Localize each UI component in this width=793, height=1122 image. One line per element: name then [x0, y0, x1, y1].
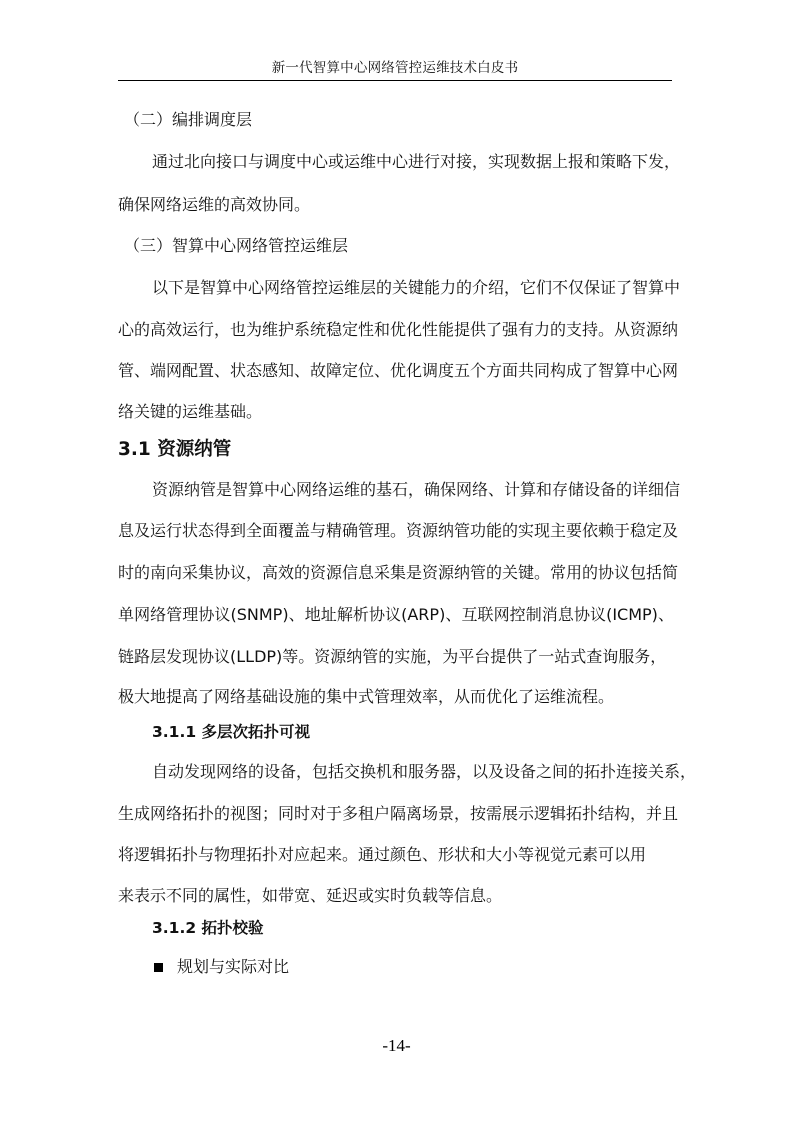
paragraph-line: 心的高效运行，也为维护系统稳定性和优化性能提供了强有力的支持。从资源纳: [118, 320, 674, 340]
black-square-bullet-icon: [154, 963, 163, 972]
running-header-title: 新一代智算中心网络管控运维技术白皮书: [118, 56, 672, 76]
page-header: 新一代智算中心网络管控运维技术白皮书: [118, 52, 672, 81]
paragraph-line: 以下是智算中心网络管控运维层的关键能力的介绍，它们不仅保证了智算中: [152, 278, 674, 298]
paragraph-line: 确保网络运维的高效协同。: [118, 195, 310, 215]
paragraph-line: 息及运行状态得到全面覆盖与精确管理。资源纳管功能的实现主要依赖于稳定及: [118, 521, 674, 541]
paragraph-line: 极大地提高了网络基础设施的集中式管理效率，从而优化了运维流程。: [118, 687, 614, 707]
paragraph-line: 管、端网配置、状态感知、故障定位、优化调度五个方面共同构成了智算中心网: [118, 361, 674, 381]
page-number: -14-: [0, 1036, 793, 1056]
bullet-item: 规划与实际对比: [154, 957, 289, 977]
section-heading-3-1-2: 3.1.2 拓扑校验: [152, 918, 264, 938]
paragraph-line: 资源纳管是智算中心网络运维的基石，确保网络、计算和存储设备的详细信: [152, 480, 674, 500]
paragraph-line: 来表示不同的属性，如带宽、延迟或实时负载等信息。: [118, 886, 502, 906]
paragraph-line: 单网络管理协议(SNMP)、地址解析协议(ARP)、互联网控制消息协议(ICMP…: [118, 605, 674, 625]
subsection-heading-orchestration: （二）编排调度层: [124, 110, 252, 130]
paragraph-line: 通过北向接口与调度中心或运维中心进行对接，实现数据上报和策略下发，: [152, 152, 674, 172]
subsection-heading-ops-layer: （三）智算中心网络管控运维层: [124, 236, 348, 256]
paragraph-line: 将逻辑拓扑与物理拓扑对应起来。通过颜色、形状和大小等视觉元素可以用: [118, 845, 646, 865]
paragraph-line: 链路层发现协议(LLDP)等。资源纳管的实施，为平台提供了一站式查询服务，: [118, 647, 666, 667]
paragraph-line: 时的南向采集协议，高效的资源信息采集是资源纳管的关键。常用的协议包括简: [118, 563, 674, 583]
paragraph-line: 生成网络拓扑的视图；同时对于多租户隔离场景，按需展示逻辑拓扑结构，并且: [118, 804, 674, 824]
section-heading-3-1-1: 3.1.1 多层次拓扑可视: [152, 722, 310, 742]
paragraph-line: 络关键的运维基础。: [118, 402, 262, 422]
section-heading-3-1: 3.1 资源纳管: [118, 439, 231, 461]
bullet-label: 规划与实际对比: [177, 957, 289, 977]
paragraph-line: 自动发现网络的设备，包括交换机和服务器，以及设备之间的拓扑连接关系，: [152, 762, 674, 782]
